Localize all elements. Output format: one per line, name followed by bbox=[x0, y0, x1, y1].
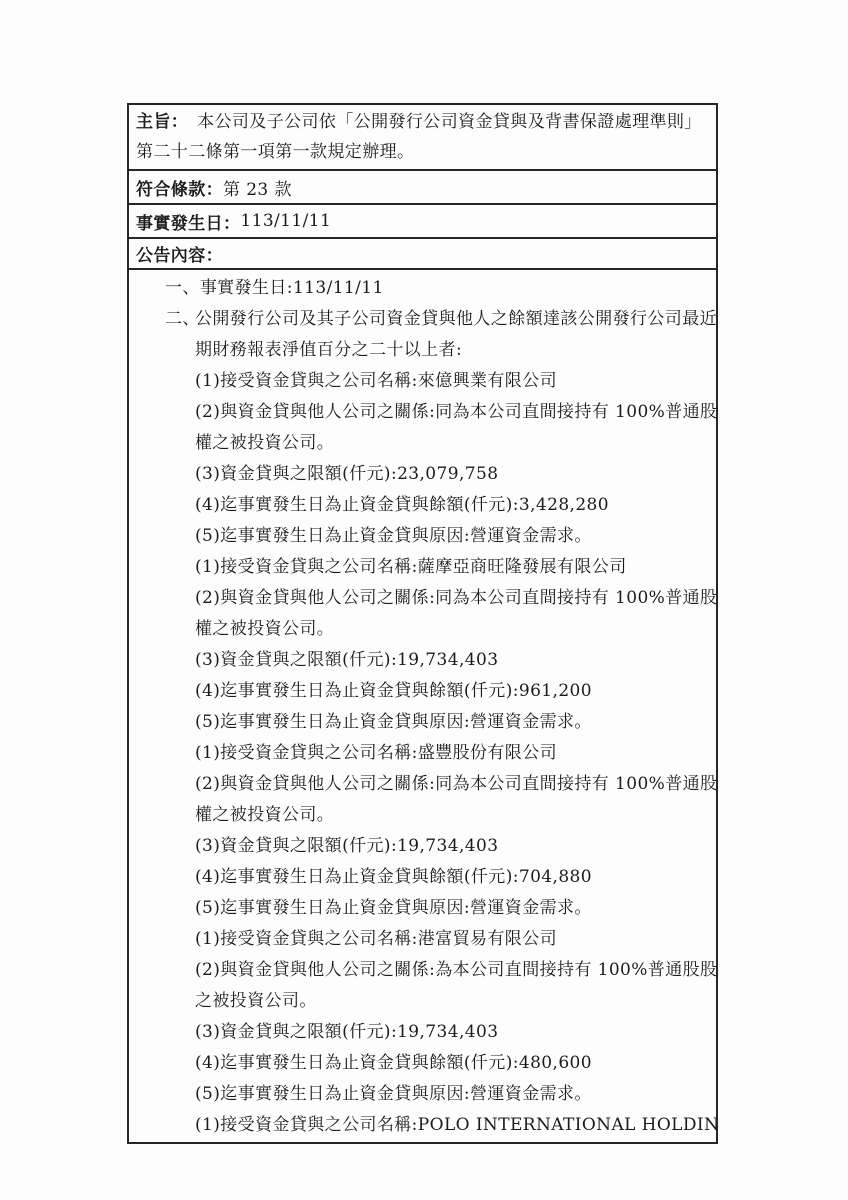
list-marker bbox=[165, 800, 195, 831]
line-text: (2)與資金貸與他人公司之關係:同為本公司直間接持有 100%普通股股 bbox=[195, 397, 716, 428]
list-marker bbox=[165, 366, 195, 397]
list-marker bbox=[165, 1110, 195, 1141]
row-matched-clause: 符合條款：第 23 款 bbox=[129, 169, 716, 203]
body-line: (4)迄事實發生日為止資金貸與餘額(仟元):961,200 bbox=[129, 676, 716, 707]
list-marker bbox=[165, 428, 195, 459]
announcement-table: 主旨： 本公司及子公司依「公開發行公司資金貸與及背書保證處理準則」 第二十二條第… bbox=[127, 103, 718, 1144]
list-marker bbox=[165, 676, 195, 707]
body-line: (3)資金貸與之限額(仟元):19,734,403 bbox=[129, 831, 716, 862]
body-line: 一、事實發生日:113/11/11 bbox=[129, 273, 716, 304]
line-text: (5)迄事實發生日為止資金貸與原因:營運資金需求。 bbox=[195, 521, 592, 552]
body-line: (2)與資金貸與他人公司之關係:同為本公司直間接持有 100%普通股股 bbox=[129, 769, 716, 800]
matched-clause-value: 第 23 款 bbox=[223, 175, 292, 200]
body-line: (3)資金貸與之限額(仟元):23,079,758 bbox=[129, 459, 716, 490]
line-text: 期財務報表淨值百分之二十以上者: bbox=[195, 335, 462, 366]
list-marker: 一、 bbox=[165, 273, 200, 304]
fact-date-label: 事實發生日： bbox=[136, 209, 240, 234]
list-marker bbox=[165, 924, 195, 955]
body-line: 權之被投資公司。 bbox=[129, 614, 716, 645]
body-line: (5)迄事實發生日為止資金貸與原因:營運資金需求。 bbox=[129, 521, 716, 552]
list-marker bbox=[165, 397, 195, 428]
line-text: (3)資金貸與之限額(仟元):19,734,403 bbox=[195, 1017, 498, 1048]
subject-label: 主旨： bbox=[136, 112, 180, 132]
line-text: 權之被投資公司。 bbox=[195, 428, 334, 459]
body-line: 權之被投資公司。 bbox=[129, 428, 716, 459]
body-line: (3)資金貸與之限額(仟元):19,734,403 bbox=[129, 1017, 716, 1048]
list-marker bbox=[165, 521, 195, 552]
line-text: (3)資金貸與之限額(仟元):23,079,758 bbox=[195, 459, 498, 490]
subject-line-1: 主旨： 本公司及子公司依「公開發行公司資金貸與及背書保證處理準則」 bbox=[136, 108, 712, 138]
line-text: (4)迄事實發生日為止資金貸與餘額(仟元):704,880 bbox=[195, 862, 592, 893]
body-line: 權之被投資公司。 bbox=[129, 800, 716, 831]
body-line: 之被投資公司。 bbox=[129, 986, 716, 1017]
list-marker bbox=[165, 831, 195, 862]
body-line: (3)資金貸與之限額(仟元):19,734,403 bbox=[129, 645, 716, 676]
body-line: (1)接受資金貸與之公司名稱:盛豐股份有限公司 bbox=[129, 738, 716, 769]
line-text: (3)資金貸與之限額(仟元):19,734,403 bbox=[195, 831, 498, 862]
list-marker bbox=[165, 738, 195, 769]
list-marker bbox=[165, 335, 195, 366]
line-text: (2)與資金貸與他人公司之關係:同為本公司直間接持有 100%普通股股 bbox=[195, 583, 716, 614]
body-line: (4)迄事實發生日為止資金貸與餘額(仟元):704,880 bbox=[129, 862, 716, 893]
line-text: (2)與資金貸與他人公司之關係:為本公司直間接持有 100%普通股股權 bbox=[195, 955, 716, 986]
line-text: (1)接受資金貸與之公司名稱:來億興業有限公司 bbox=[195, 366, 557, 397]
list-marker bbox=[165, 1048, 195, 1079]
list-marker bbox=[165, 645, 195, 676]
list-marker bbox=[165, 769, 195, 800]
list-marker bbox=[165, 1079, 195, 1110]
line-text: 權之被投資公司。 bbox=[195, 800, 334, 831]
list-marker bbox=[165, 1017, 195, 1048]
body-line: (2)與資金貸與他人公司之關係:同為本公司直間接持有 100%普通股股 bbox=[129, 397, 716, 428]
list-marker bbox=[165, 707, 195, 738]
body-line: (1)接受資金貸與之公司名稱:薩摩亞商旺隆發展有限公司 bbox=[129, 552, 716, 583]
list-marker bbox=[165, 614, 195, 645]
line-text: (1)接受資金貸與之公司名稱:盛豐股份有限公司 bbox=[195, 738, 557, 769]
subject-text-line-2: 第二十二條第一項第一款規定辦理。 bbox=[136, 142, 414, 162]
line-text: (4)迄事實發生日為止資金貸與餘額(仟元):3,428,280 bbox=[195, 490, 609, 521]
subject-text-line-1: 本公司及子公司依「公開發行公司資金貸與及背書保證處理準則」 bbox=[180, 112, 702, 132]
body-line: (2)與資金貸與他人公司之關係:為本公司直間接持有 100%普通股股權 bbox=[129, 955, 716, 986]
announcement-label: 公告內容： bbox=[136, 241, 223, 266]
list-marker bbox=[165, 459, 195, 490]
body-line: 期財務報表淨值百分之二十以上者: bbox=[129, 335, 716, 366]
subject-line-2: 第二十二條第一項第一款規定辦理。 bbox=[136, 138, 712, 168]
line-text: (3)資金貸與之限額(仟元):19,734,403 bbox=[195, 645, 498, 676]
body-line: (4)迄事實發生日為止資金貸與餘額(仟元):3,428,280 bbox=[129, 490, 716, 521]
line-text: 事實發生日:113/11/11 bbox=[200, 273, 384, 304]
line-text: (2)與資金貸與他人公司之關係:同為本公司直間接持有 100%普通股股 bbox=[195, 769, 716, 800]
matched-clause-label: 符合條款： bbox=[136, 175, 223, 200]
list-marker bbox=[165, 490, 195, 521]
body-line: (5)迄事實發生日為止資金貸與原因:營運資金需求。 bbox=[129, 1079, 716, 1110]
line-text: (5)迄事實發生日為止資金貸與原因:營運資金需求。 bbox=[195, 1079, 592, 1110]
body-line: (1)接受資金貸與之公司名稱:POLO INTERNATIONAL HOLDIN… bbox=[129, 1110, 716, 1141]
line-text: (5)迄事實發生日為止資金貸與原因:營運資金需求。 bbox=[195, 893, 592, 924]
list-marker bbox=[165, 986, 195, 1017]
body-line: (5)迄事實發生日為止資金貸與原因:營運資金需求。 bbox=[129, 893, 716, 924]
line-text: (4)迄事實發生日為止資金貸與餘額(仟元):961,200 bbox=[195, 676, 592, 707]
body-line: (1)接受資金貸與之公司名稱:港富貿易有限公司 bbox=[129, 924, 716, 955]
body-line: (1)接受資金貸與之公司名稱:來億興業有限公司 bbox=[129, 366, 716, 397]
line-text: (5)迄事實發生日為止資金貸與原因:營運資金需求。 bbox=[195, 707, 592, 738]
list-marker bbox=[165, 893, 195, 924]
row-fact-date: 事實發生日：113/11/11 bbox=[129, 203, 716, 237]
announcement-body: 一、事實發生日:113/11/11 二、公開發行公司及其子公司資金貸與他人之餘額… bbox=[129, 268, 716, 1142]
line-text: (4)迄事實發生日為止資金貸與餘額(仟元):480,600 bbox=[195, 1048, 592, 1079]
list-marker bbox=[165, 552, 195, 583]
body-line: 二、公開發行公司及其子公司資金貸與他人之餘額達該公開發行公司最近 bbox=[129, 304, 716, 335]
line-text: 權之被投資公司。 bbox=[195, 614, 334, 645]
line-text: (1)接受資金貸與之公司名稱:POLO INTERNATIONAL HOLDIN… bbox=[195, 1110, 716, 1141]
list-marker: 二、 bbox=[165, 304, 195, 335]
fact-date-value: 113/11/11 bbox=[240, 211, 331, 231]
row-subject: 主旨： 本公司及子公司依「公開發行公司資金貸與及背書保證處理準則」 第二十二條第… bbox=[129, 105, 716, 169]
list-marker bbox=[165, 862, 195, 893]
line-text: (1)接受資金貸與之公司名稱:港富貿易有限公司 bbox=[195, 924, 557, 955]
list-marker bbox=[165, 583, 195, 614]
row-announcement-header: 公告內容： bbox=[129, 237, 716, 268]
line-text: (1)接受資金貸與之公司名稱:薩摩亞商旺隆發展有限公司 bbox=[195, 552, 627, 583]
document-page: 主旨： 本公司及子公司依「公開發行公司資金貸與及背書保證處理準則」 第二十二條第… bbox=[0, 0, 848, 1200]
body-line: (5)迄事實發生日為止資金貸與原因:營運資金需求。 bbox=[129, 707, 716, 738]
list-marker bbox=[165, 955, 195, 986]
body-line: (2)與資金貸與他人公司之關係:同為本公司直間接持有 100%普通股股 bbox=[129, 583, 716, 614]
body-line: (4)迄事實發生日為止資金貸與餘額(仟元):480,600 bbox=[129, 1048, 716, 1079]
line-text: 公開發行公司及其子公司資金貸與他人之餘額達該公開發行公司最近 bbox=[195, 304, 716, 335]
line-text: 之被投資公司。 bbox=[195, 986, 317, 1017]
